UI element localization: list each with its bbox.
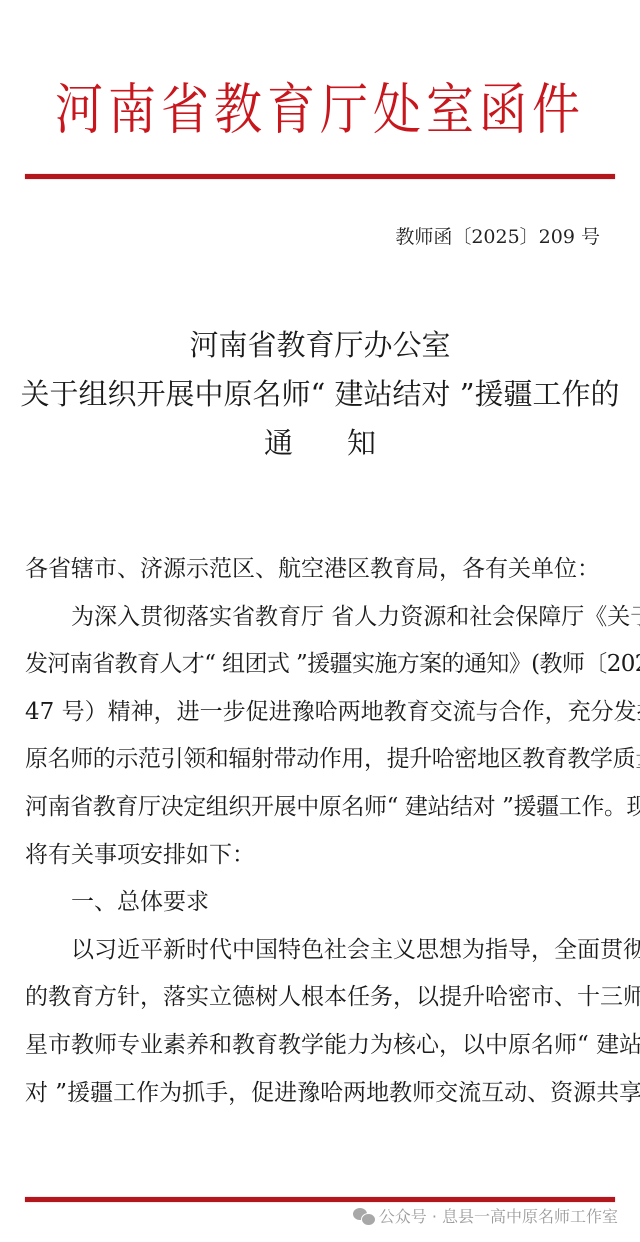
body-line: 的教育方针，落实立德树人根本任务，以提升哈密市、十三师新 xyxy=(25,974,615,1022)
body-line: 发河南省教育人才“ 组团式 ”援疆实施方案的通知》(教师〔2024〕 xyxy=(25,641,615,689)
watermark: 公众号 · 息县一高中原名师工作室 xyxy=(353,1204,618,1227)
body-line: 47 号）精神，进一步促进豫哈两地教育交流与合作，充分发挥中 xyxy=(25,689,615,737)
document-body: 各省辖市、济源示范区、航空港区教育局，各有关单位： 为深入贯彻落实省教育厅 省人… xyxy=(25,546,615,1117)
doc-title-subject: 关于组织开展中原名师“ 建站结对 ”援疆工作的 xyxy=(0,371,640,417)
body-line: 对 ”援疆工作为抓手，促进豫哈两地教师交流互动、资源共享、 xyxy=(25,1070,615,1118)
body-line: 为深入贯彻落实省教育厅 省人力资源和社会保障厅《关于印 xyxy=(25,594,615,642)
doc-title-type: 通知 xyxy=(0,420,640,466)
body-line: 星市教师专业素养和教育教学能力为核心，以中原名师“ 建站结 xyxy=(25,1022,615,1070)
body-line: 将有关事项安排如下： xyxy=(25,832,615,880)
wechat-icon xyxy=(353,1207,375,1225)
body-line: 河南省教育厅决定组织开展中原名师“ 建站结对 ”援疆工作。现 xyxy=(25,784,615,832)
footer-red-rule xyxy=(25,1197,615,1202)
letterhead-red-rule xyxy=(25,174,615,179)
body-line: 以习近平新时代中国特色社会主义思想为指导，全面贯彻党 xyxy=(25,927,615,975)
body-line: 原名师的示范引领和辐射带动作用，提升哈密地区教育教学质量， xyxy=(25,736,615,784)
section-heading: 一、总体要求 xyxy=(25,879,615,927)
letterhead-title: 河南省教育厅处室函件 xyxy=(0,76,640,145)
addressee-line: 各省辖市、济源示范区、航空港区教育局，各有关单位： xyxy=(25,546,615,594)
doc-title-issuer: 河南省教育厅办公室 xyxy=(0,322,640,368)
watermark-text: 公众号 · 息县一高中原名师工作室 xyxy=(379,1204,618,1227)
document-number: 教师函〔2025〕209 号 xyxy=(395,222,600,249)
